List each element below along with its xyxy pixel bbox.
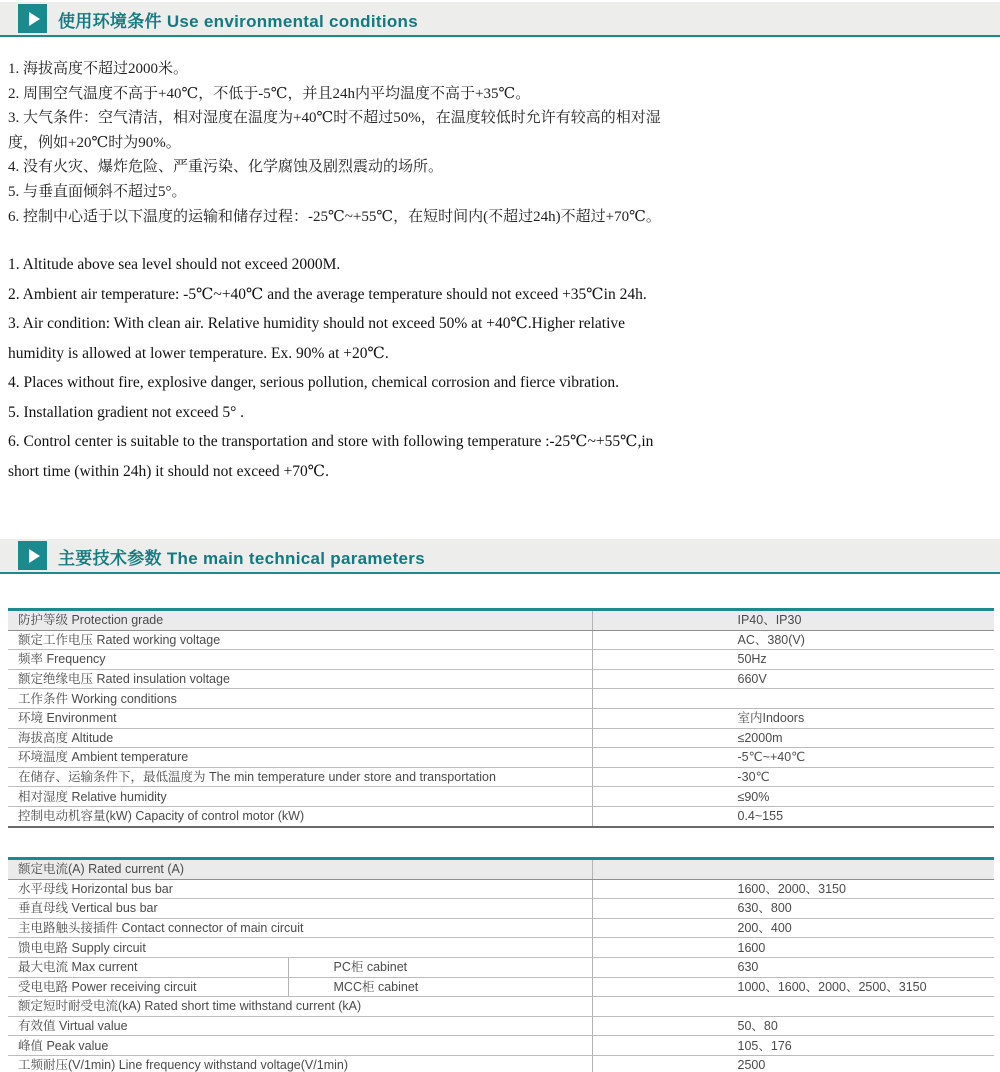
param-value [592,689,994,709]
param-value: 660V [592,669,994,689]
param-value: 0.4~155 [592,806,994,826]
param-label: 额定电流(A) Rated current (A) [8,859,592,880]
table-row: 相对湿度 Relative humidity ≤90% [8,787,994,807]
condition-item-en: 3. Air condition: With clean air. Relati… [8,309,668,368]
condition-item-cn: 6. 控制中心适于以下温度的运输和储存过程：-25℃~+55℃，在短时间内(不超… [8,205,676,230]
param-label: 在储存、运输条件下，最低温度为 The min temperature unde… [8,767,592,787]
table-row: 额定绝缘电压 Rated insulation voltage 660V [8,669,994,689]
param-value: 2500 [592,1055,994,1072]
param-label: 馈电电路 Supply circuit [8,938,592,958]
param-label: 峰值 Peak value [8,1036,592,1056]
table-row: 防护等级 Protection grade IP40、IP30 [8,610,994,631]
param-sublabel: PC柜 cabinet [288,957,592,977]
param-value: 1600、2000、3150 [592,879,994,899]
table-row: 工作条件 Working conditions [8,689,994,709]
conditions-list-chinese: 1. 海拔高度不超过2000米。 2. 周围空气温度不高于+40℃，不低于-5℃… [8,57,676,229]
condition-item-en: 5. Installation gradient not exceed 5° . [8,398,668,428]
parameters-table-rated-current: 额定电流(A) Rated current (A) 水平母线 Horizonta… [8,857,994,1072]
param-value: 630 [592,957,994,977]
param-label: 防护等级 Protection grade [8,610,592,631]
condition-item-cn: 5. 与垂直面倾斜不超过5°。 [8,180,676,205]
param-value: 630、800 [592,899,994,919]
param-label: 工频耐压(V/1min) Line frequency withstand vo… [8,1055,592,1072]
condition-item-en: 6. Control center is suitable to the tra… [8,427,668,486]
condition-item-en: 2. Ambient air temperature: -5℃~+40℃ and… [8,280,668,310]
section-title: 主要技术参数 The main technical parameters [58,544,425,569]
conditions-list-english: 1. Altitude above sea level should not e… [8,250,668,486]
table-row: 环境 Environment 室内Indoors [8,708,994,728]
param-label: 主电路触头接插件 Contact connector of main circu… [8,918,592,938]
param-value: -5℃~+40℃ [592,748,994,768]
param-value: AC、380(V) [592,630,994,650]
table-row: 垂直母线 Vertical bus bar 630、800 [8,899,994,919]
param-label: 额定绝缘电压 Rated insulation voltage [8,669,592,689]
table-row: 有效值 Virtual value 50、80 [8,1016,994,1036]
table-row: 峰值 Peak value 105、176 [8,1036,994,1056]
condition-item-cn: 4. 没有火灾、爆炸危险、严重污染、化学腐蚀及剧烈震动的场所。 [8,155,676,180]
param-value: 50Hz [592,650,994,670]
param-label: 工作条件 Working conditions [8,689,592,709]
param-value: 1000、1600、2000、2500、3150 [592,977,994,997]
param-value [592,859,994,880]
section-header-parameters: 主要技术参数 The main technical parameters [0,539,1000,574]
table-row: 主电路触头接插件 Contact connector of main circu… [8,918,994,938]
param-value: ≤2000m [592,728,994,748]
section-title: 使用环境条件 Use environmental conditions [58,7,418,32]
table-row: 水平母线 Horizontal bus bar 1600、2000、3150 [8,879,994,899]
param-label: 水平母线 Horizontal bus bar [8,879,592,899]
table-row: 额定电流(A) Rated current (A) [8,859,994,880]
table-row: 海拔高度 Altitude ≤2000m [8,728,994,748]
section-header-environment: 使用环境条件 Use environmental conditions [0,2,1000,37]
parameters-table-general: 防护等级 Protection grade IP40、IP30 额定工作电压 R… [8,608,994,828]
condition-item-en: 1. Altitude above sea level should not e… [8,250,668,280]
table-row: 额定工作电压 Rated working voltage AC、380(V) [8,630,994,650]
condition-item-en: 4. Places without fire, explosive danger… [8,368,668,398]
param-value: 200、400 [592,918,994,938]
param-label: 受电电路 Power receiving circuit [8,977,288,997]
play-triangle-icon [18,541,47,570]
param-label: 环境 Environment [8,708,592,728]
param-value: 50、80 [592,1016,994,1036]
condition-item-cn: 2. 周围空气温度不高于+40℃，不低于-5℃，并且24h内平均温度不高于+35… [8,82,676,107]
param-value [592,997,994,1017]
table-row: 受电电路 Power receiving circuit MCC柜 cabine… [8,977,994,997]
catalog-page: 使用环境条件 Use environmental conditions 1. 海… [0,0,1000,1072]
table-row: 在储存、运输条件下，最低温度为 The min temperature unde… [8,767,994,787]
param-label: 频率 Frequency [8,650,592,670]
param-label: 额定短时耐受电流(kA) Rated short time withstand … [8,997,592,1017]
param-label: 垂直母线 Vertical bus bar [8,899,592,919]
param-value: 105、176 [592,1036,994,1056]
param-value: 室内Indoors [592,708,994,728]
table-row: 频率 Frequency 50Hz [8,650,994,670]
param-label: 额定工作电压 Rated working voltage [8,630,592,650]
table-row: 额定短时耐受电流(kA) Rated short time withstand … [8,997,994,1017]
param-label: 海拔高度 Altitude [8,728,592,748]
param-value: IP40、IP30 [592,610,994,631]
param-label: 控制电动机容量(kW) Capacity of control motor (k… [8,806,592,826]
param-label: 有效值 Virtual value [8,1016,592,1036]
param-value: ≤90% [592,787,994,807]
condition-item-cn: 1. 海拔高度不超过2000米。 [8,57,676,82]
table-row: 控制电动机容量(kW) Capacity of control motor (k… [8,806,994,826]
play-triangle-icon [18,4,47,33]
param-value: -30℃ [592,767,994,787]
table-row: 工频耐压(V/1min) Line frequency withstand vo… [8,1055,994,1072]
param-sublabel: MCC柜 cabinet [288,977,592,997]
condition-item-cn: 3. 大气条件：空气清洁，相对湿度在温度为+40℃时不超过50%，在温度较低时允… [8,106,676,155]
table-row: 环境温度 Ambient temperature -5℃~+40℃ [8,748,994,768]
table-row: 最大电流 Max current PC柜 cabinet 630 [8,957,994,977]
param-label: 相对湿度 Relative humidity [8,787,592,807]
table-row: 馈电电路 Supply circuit 1600 [8,938,994,958]
param-label: 最大电流 Max current [8,957,288,977]
param-label: 环境温度 Ambient temperature [8,748,592,768]
param-value: 1600 [592,938,994,958]
